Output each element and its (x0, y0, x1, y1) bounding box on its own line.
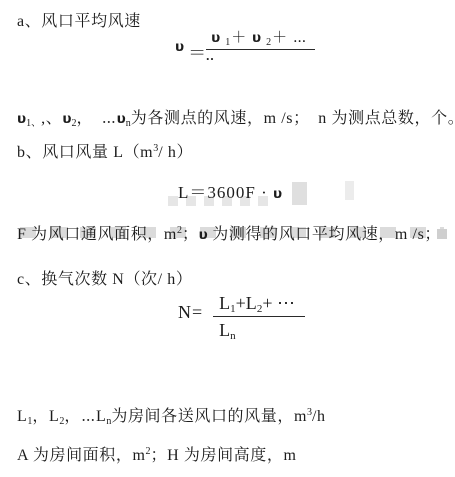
formula-text: L＝3600F · (178, 183, 273, 202)
separator-text: ，L (32, 408, 59, 425)
formula-airflow-volume: L＝3600F · υ (178, 178, 282, 203)
formula-air-changes: N= L1+L2+ ⋯ Ln (178, 293, 305, 341)
upsilon-symbol: υ (17, 111, 26, 127)
watermark-artifact-band (345, 181, 354, 200)
outlet-variables-line: F 为风口通风面积，m2；υ 为测得的风口平均风速，m /s； (17, 221, 441, 244)
subscript: 2 (266, 37, 271, 48)
variable-L: L (17, 408, 27, 425)
fraction-denominator: .. (206, 48, 215, 64)
flow-variables-line: L1，L2，⋯Ln为房间各送风口的风量，m3/h (17, 403, 326, 426)
fraction-denominator: Ln (213, 320, 236, 341)
description-text: 为各测点的风速，m /s； n 为测点总数，个。 (131, 110, 455, 127)
heading-text: b、风口风量 L（m (17, 144, 153, 161)
separator-text: ,、 (41, 110, 62, 127)
description-text: F 为风口通风面积，m (17, 226, 177, 243)
separator-text: ； (182, 226, 199, 243)
room-variables-line: A 为房间面积，m2；H 为房间高度，m (17, 442, 297, 465)
variable-L: L (219, 293, 230, 313)
description-text: A 为房间面积，m (17, 447, 146, 464)
section-heading-b: b、风口风量 L（m3/ h） (17, 139, 193, 162)
subscript: 1 (225, 37, 230, 48)
description-text: ；H 为房间高度，m (151, 447, 297, 464)
description-text: 为房间各送风口的风量，m (111, 408, 307, 425)
fraction: υ1＋ υ2＋ ⋯ .. (206, 26, 315, 64)
upsilon-symbol: υ (199, 227, 208, 243)
subscript: n (230, 330, 236, 342)
upsilon-symbol: υ (211, 30, 220, 46)
plus-ellipsis: + ⋯ (262, 293, 295, 313)
variable-L: L (219, 320, 230, 340)
velocity-variables-line: υ1、,、υ2， ⋯υn为各测点的风速，m /s； n 为测点总数，个。 (17, 105, 455, 128)
plus-sign: +L (236, 293, 257, 313)
fraction: L1+L2+ ⋯ Ln (213, 293, 305, 341)
description-text: /h (312, 408, 326, 425)
separator-text: ， ⋯ (76, 110, 116, 127)
formula-lhs: N= (178, 302, 203, 323)
separator-text: ，⋯L (64, 408, 106, 425)
plus-sign: ＋ (231, 30, 252, 46)
section-heading-a: a、风口平均风速 (17, 8, 141, 31)
upsilon-symbol: υ (117, 111, 126, 127)
watermark-artifact-highlight (292, 182, 307, 205)
section-heading-c: c、换气次数 N（次/ h） (17, 266, 193, 289)
upsilon-symbol: υ (252, 30, 261, 46)
plus-ellipsis: ＋ ⋯ (272, 30, 307, 46)
upsilon-symbol: υ (273, 186, 282, 202)
subscript: 1、 (26, 118, 41, 129)
fraction-numerator: υ1＋ υ2＋ ⋯ (206, 26, 315, 50)
document-page: a、风口平均风速 υ ＝ υ1＋ υ2＋ ⋯ .. υ1、,、υ2， ⋯υn为各… (0, 0, 455, 477)
heading-text: / h） (158, 144, 193, 161)
equals-sign: ＝ (188, 39, 206, 65)
fraction-numerator: L1+L2+ ⋯ (213, 293, 305, 317)
upsilon-symbol: υ (175, 39, 184, 55)
description-text: 为测得的风口平均风速，m /s； (208, 226, 441, 243)
formula-average-velocity: υ ＝ υ1＋ υ2＋ ⋯ .. (175, 26, 315, 65)
